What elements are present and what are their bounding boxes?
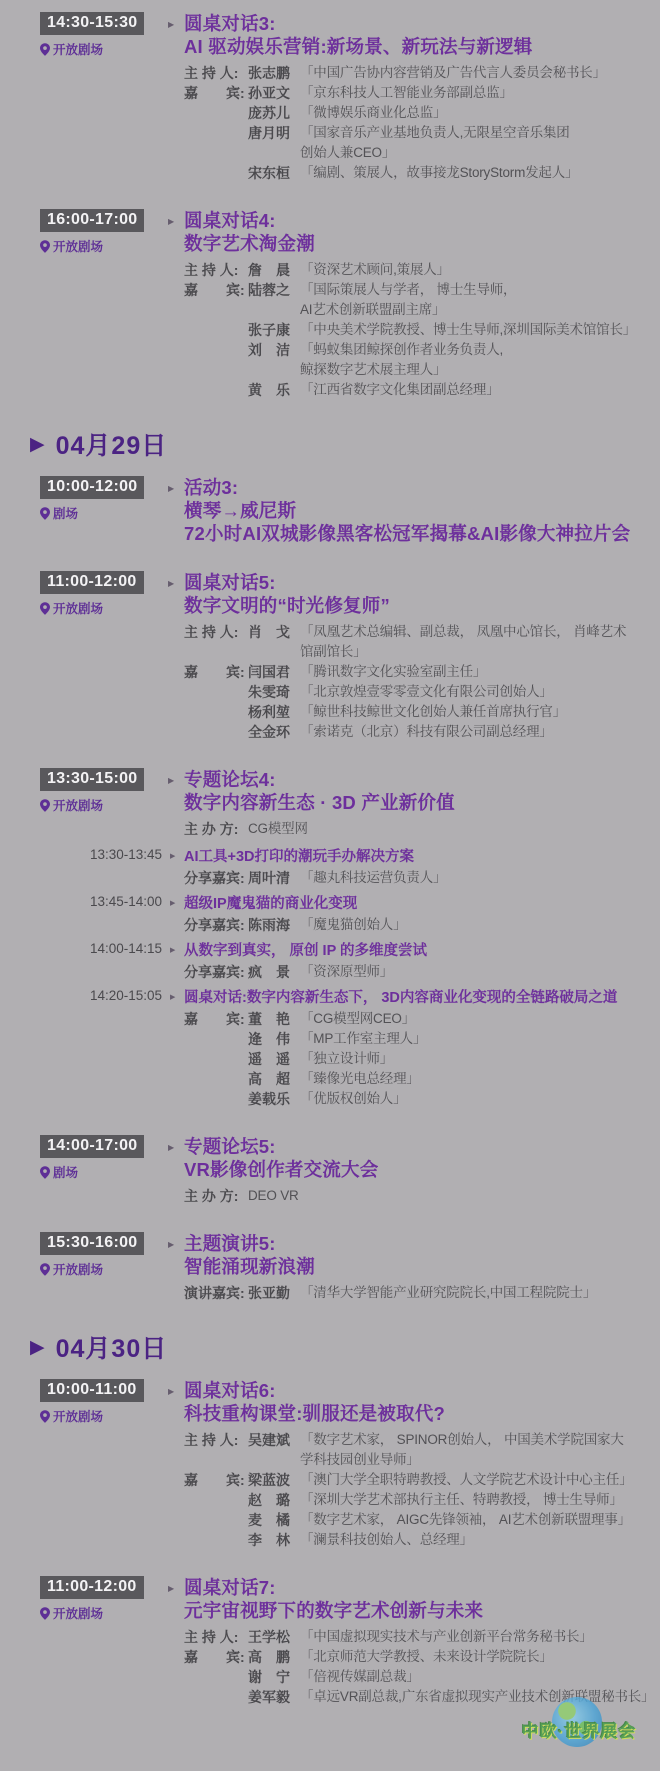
- session-title: 圆桌对话6:科技重构课堂:驯服还是被取代?: [184, 1379, 654, 1425]
- person-name: 张志鹏: [248, 63, 300, 83]
- person-row: 刘 洁「蚂蚁集团鲸探创作者业务负责人, 鲸探数字艺术展主理人」: [184, 340, 654, 380]
- person-name: 周叶清: [248, 868, 300, 888]
- person-name: 黄 乐: [248, 380, 300, 400]
- day-label: 04月29日: [56, 426, 168, 462]
- session-content: 主题演讲5:智能涌现新浪潮演讲嘉宾:张亚勤「清华大学智能产业研究院院长,中国工程…: [184, 1232, 654, 1303]
- person-row: 逄 伟「MP工作室主理人」: [184, 1029, 654, 1049]
- person-title: 「微博娱乐商业化总监」: [300, 103, 654, 123]
- person-row: 全金环「索诺克（北京）科技有限公司副总经理」: [184, 722, 654, 742]
- person-role-label: [184, 1069, 248, 1089]
- day-arrow-icon: ▶: [30, 435, 45, 454]
- person-row: 朱雯琦「北京敦煌壹零零壹文化有限公司创始人」: [184, 682, 654, 702]
- session-venue: 开放剧场: [40, 796, 168, 814]
- person-name: 王学松: [248, 1627, 300, 1647]
- venue-label: 剧场: [53, 504, 78, 522]
- session-venue: 剧场: [40, 504, 168, 522]
- session-title-line: 主题演讲5:: [184, 1232, 654, 1255]
- venue-label: 开放剧场: [53, 1260, 103, 1278]
- person-title: 「CG模型网CEO」: [300, 1009, 654, 1029]
- person-name: 宋东桓: [248, 163, 300, 183]
- person-title: 「鲸世科技鲸世文化创始人兼任首席执行官」: [300, 702, 654, 722]
- person-role-label: 嘉 宾:: [184, 1009, 248, 1029]
- person-name: 唐月明: [248, 123, 300, 163]
- person-name: 高 超: [248, 1069, 300, 1089]
- subsession-title: 圆桌对话:数字内容新生态下， 3D内容商业化变现的全链路破局之道: [184, 988, 654, 1008]
- session-content: 圆桌对话3:AI 驱动娱乐营销:新场景、新玩法与新逻辑主 持 人:张志鹏「中国广…: [184, 12, 654, 183]
- person-title: 「数字艺术家， SPINOR创始人， 中国美术学院国家大 学科技园创业导师」: [300, 1430, 654, 1470]
- person-row: 嘉 宾:董 艳「CG模型网CEO」: [184, 1009, 654, 1029]
- person-title: 「编剧、策展人，故事接龙StoryStorm发起人」: [300, 163, 654, 183]
- person-name: 高 鹏: [248, 1647, 300, 1667]
- subsession-time: 14:20-15:05: [90, 988, 170, 1008]
- person-title: 「魔鬼猫创始人」: [300, 915, 654, 935]
- session-venue: 开放剧场: [40, 1604, 168, 1622]
- person-row: 谢 宁「倍视传媒副总裁」: [184, 1667, 654, 1687]
- session-title-line: 元宇宙视野下的数字艺术创新与未来: [184, 1599, 654, 1622]
- subsession-header: 13:45-14:00▶超级IP魔鬼猫的商业化变现: [184, 894, 654, 914]
- session-arrow-icon: ▶: [168, 476, 184, 545]
- person-row: 嘉 宾:陆蓉之「国际策展人与学者， 博士生导师， AI艺术创新联盟副主席」: [184, 280, 654, 320]
- session-title: 圆桌对话4:数字艺术淘金潮: [184, 209, 654, 255]
- session-time-badge: 14:30-15:30: [40, 12, 144, 35]
- person-role-label: [184, 340, 248, 380]
- venue-label: 开放剧场: [53, 40, 103, 58]
- person-role-label: [184, 320, 248, 340]
- subsession-header: 13:30-13:45▶AI工具+3D打印的潮玩手办解决方案: [184, 847, 654, 867]
- person-role-label: 分享嘉宾:: [184, 962, 248, 982]
- person-name: 杨利堃: [248, 702, 300, 722]
- session-content: 专题论坛4:数字内容新生态 · 3D 产业新价值主 办 方:CG模型网13:30…: [184, 768, 654, 1109]
- session-title-line: 数字艺术淘金潮: [184, 232, 654, 255]
- person-role-label: [184, 1029, 248, 1049]
- session-title-line: 专题论坛5:: [184, 1135, 654, 1158]
- session-people: 主 持 人:吴建斌「数字艺术家， SPINOR创始人， 中国美术学院国家大 学科…: [184, 1430, 654, 1550]
- session: 10:00-11:00开放剧场▶圆桌对话6:科技重构课堂:驯服还是被取代?主 持…: [40, 1379, 654, 1550]
- person-title: 「国家音乐产业基地负责人,无限星空音乐集团 创始人兼CEO」: [300, 123, 654, 163]
- person-title: 「澜景科技创始人、总经理」: [300, 1530, 654, 1550]
- session-left-column: 11:00-12:00开放剧场: [40, 1576, 168, 1707]
- subsession-title: 超级IP魔鬼猫的商业化变现: [184, 894, 654, 914]
- session: 14:00-17:00剧场▶专题论坛5:VR影像创作者交流大会主 办 方:DEO…: [40, 1135, 654, 1206]
- person-name: 李 林: [248, 1530, 300, 1550]
- person-role-label: [184, 1687, 248, 1707]
- session-people: 演讲嘉宾:张亚勤「清华大学智能产业研究院院长,中国工程院院士」: [184, 1283, 654, 1303]
- session-venue: 开放剧场: [40, 599, 168, 617]
- subsession-people: 嘉 宾:董 艳「CG模型网CEO」逄 伟「MP工作室主理人」遥 遥「独立设计师」…: [184, 1009, 654, 1109]
- session-title: 专题论坛4:数字内容新生态 · 3D 产业新价值: [184, 768, 654, 814]
- subsession-title: 从数字到真实， 原创 IP 的多维度尝试: [184, 941, 654, 961]
- session-left-column: 10:00-12:00剧场: [40, 476, 168, 545]
- session-content: 圆桌对话5:数字文明的“时光修复师”主 持 人:肖 戈「凤凰艺术总编辑、副总裁，…: [184, 571, 654, 742]
- session-people: 主 持 人:肖 戈「凤凰艺术总编辑、副总裁， 凤凰中心馆长， 肖峰艺术 馆副馆长…: [184, 622, 654, 742]
- person-row: 主 持 人:王学松「中国虚拟现实技术与产业创新平台常务秘书长」: [184, 1627, 654, 1647]
- person-row: 分享嘉宾:周叶清「趣丸科技运营负责人」: [184, 868, 654, 888]
- person-name: 吴建斌: [248, 1430, 300, 1470]
- person-row: 李 林「澜景科技创始人、总经理」: [184, 1530, 654, 1550]
- session-time-badge: 13:30-15:00: [40, 768, 144, 791]
- session-title: 专题论坛5:VR影像创作者交流大会: [184, 1135, 654, 1181]
- session-left-column: 13:30-15:00开放剧场: [40, 768, 168, 1109]
- person-title: 「澳门大学全职特聘教授、人文学院艺术设计中心主任」: [300, 1470, 654, 1490]
- person-row: 姜载乐「优版权创始人」: [184, 1089, 654, 1109]
- person-role-label: 嘉 宾:: [184, 83, 248, 103]
- session-arrow-icon: ▶: [168, 571, 184, 742]
- person-role-label: 嘉 宾:: [184, 1470, 248, 1490]
- person-role-label: 主 办 方:: [184, 819, 248, 839]
- person-title: 「资深艺术顾问,策展人」: [300, 260, 654, 280]
- person-name: 肖 戈: [248, 622, 300, 662]
- person-name: 姜载乐: [248, 1089, 300, 1109]
- person-role-label: [184, 722, 248, 742]
- venue-label: 开放剧场: [53, 1604, 103, 1622]
- person-name: 庞苏儿: [248, 103, 300, 123]
- person-row: 黄 乐「江西省数字文化集团副总经理」: [184, 380, 654, 400]
- person-title: 「臻像光电总经理」: [300, 1069, 654, 1089]
- session-venue: 开放剧场: [40, 1260, 168, 1278]
- session-content: 圆桌对话7:元宇宙视野下的数字艺术创新与未来主 持 人:王学松「中国虚拟现实技术…: [184, 1576, 654, 1707]
- watermark-text: 中欧·世界展会: [504, 1717, 654, 1742]
- subsession-arrow-icon: ▶: [170, 988, 184, 1008]
- subsession-time: 14:00-14:15: [90, 941, 170, 961]
- subsession-title: AI工具+3D打印的潮玩手办解决方案: [184, 847, 654, 867]
- person-role-label: [184, 380, 248, 400]
- person-row: 遥 遥「独立设计师」: [184, 1049, 654, 1069]
- session-title-line: VR影像创作者交流大会: [184, 1158, 654, 1181]
- person-name: 姜军毅: [248, 1687, 300, 1707]
- person-row: 张子康「中央美术学院教授、博士生导师,深圳国际美术馆馆长」: [184, 320, 654, 340]
- person-role-label: 演讲嘉宾:: [184, 1283, 248, 1303]
- person-title: 「京东科技人工智能业务部副总监」: [300, 83, 654, 103]
- person-name: 谢 宁: [248, 1667, 300, 1687]
- session-content: 圆桌对话4:数字艺术淘金潮主 持 人:詹 晨「资深艺术顾问,策展人」嘉 宾:陆蓉…: [184, 209, 654, 400]
- session-title-line: 智能涌现新浪潮: [184, 1255, 654, 1278]
- person-row: 主 持 人:詹 晨「资深艺术顾问,策展人」: [184, 260, 654, 280]
- person-row: 主 持 人:张志鹏「中国广告协内容营销及广告代言人委员会秘书长」: [184, 63, 654, 83]
- session-title-line: 科技重构课堂:驯服还是被取代?: [184, 1402, 654, 1425]
- venue-label: 开放剧场: [53, 237, 103, 255]
- person-title: 「凤凰艺术总编辑、副总裁， 凤凰中心馆长， 肖峰艺术 馆副馆长」: [300, 622, 654, 662]
- map-pin-icon: [40, 1607, 50, 1620]
- person-name: 陆蓉之: [248, 280, 300, 320]
- session-arrow-icon: ▶: [168, 12, 184, 183]
- person-name: 闫国君: [248, 662, 300, 682]
- session-left-column: 14:00-17:00剧场: [40, 1135, 168, 1206]
- person-name: 孙亚文: [248, 83, 300, 103]
- person-name: 陈雨海: [248, 915, 300, 935]
- person-row: 主 持 人:吴建斌「数字艺术家， SPINOR创始人， 中国美术学院国家大 学科…: [184, 1430, 654, 1470]
- subsession-header: 14:20-15:05▶圆桌对话:数字内容新生态下， 3D内容商业化变现的全链路…: [184, 988, 654, 1008]
- subsession-time: 13:30-13:45: [90, 847, 170, 867]
- subsession-people: 分享嘉宾:陈雨海「魔鬼猫创始人」: [184, 915, 654, 935]
- person-title: 「深圳大学艺术部执行主任、特聘教授， 博士生导师」: [300, 1490, 654, 1510]
- session-title-line: 专题论坛4:: [184, 768, 654, 791]
- map-pin-icon: [40, 240, 50, 253]
- schedule: 14:30-15:30开放剧场▶圆桌对话3:AI 驱动娱乐营销:新场景、新玩法与…: [0, 0, 660, 1707]
- person-row: 麦 橘「数字艺术家， AIGC先锋领袖， AI艺术创新联盟理事」: [184, 1510, 654, 1530]
- session-title-line: AI 驱动娱乐营销:新场景、新玩法与新逻辑: [184, 35, 654, 58]
- person-role-label: [184, 163, 248, 183]
- session-venue: 开放剧场: [40, 237, 168, 255]
- person-role-label: 分享嘉宾:: [184, 915, 248, 935]
- person-row: 嘉 宾:高 鹏「北京师范大学教授、未来设计学院院长」: [184, 1647, 654, 1667]
- person-role-label: 主 持 人:: [184, 622, 248, 662]
- person-role-label: [184, 1049, 248, 1069]
- person-name: 张子康: [248, 320, 300, 340]
- person-role-label: 嘉 宾:: [184, 280, 248, 320]
- day-header: ▶04月29日: [30, 426, 654, 462]
- person-name: 刘 洁: [248, 340, 300, 380]
- day-arrow-icon: ▶: [30, 1338, 45, 1357]
- person-name: 全金环: [248, 722, 300, 742]
- session-title-line: 横琴→威尼斯: [184, 499, 654, 522]
- session-arrow-icon: ▶: [168, 1379, 184, 1550]
- session-left-column: 10:00-11:00开放剧场: [40, 1379, 168, 1550]
- session-title-line: 72小时AI双城影像黑客松冠军揭幕&AI影像大神拉片会: [184, 522, 654, 545]
- session-title: 活动3:横琴→威尼斯72小时AI双城影像黑客松冠军揭幕&AI影像大神拉片会: [184, 476, 654, 545]
- person-title: 「清华大学智能产业研究院院长,中国工程院院士」: [300, 1283, 654, 1303]
- session-title-line: 圆桌对话7:: [184, 1576, 654, 1599]
- person-row: 分享嘉宾:疯 景「资深原型师」: [184, 962, 654, 982]
- person-title: 「中央美术学院教授、博士生导师,深圳国际美术馆馆长」: [300, 320, 654, 340]
- session-time-badge: 15:30-16:00: [40, 1232, 144, 1255]
- map-pin-icon: [40, 507, 50, 520]
- session-arrow-icon: ▶: [168, 1576, 184, 1707]
- person-row: 嘉 宾:梁蓝波「澳门大学全职特聘教授、人文学院艺术设计中心主任」: [184, 1470, 654, 1490]
- subsession: 13:45-14:00▶超级IP魔鬼猫的商业化变现分享嘉宾:陈雨海「魔鬼猫创始人…: [184, 894, 654, 935]
- person-title: 「资深原型师」: [300, 962, 654, 982]
- session-time-badge: 11:00-12:00: [40, 1576, 144, 1599]
- person-row: 主 办 方:CG模型网: [184, 819, 654, 839]
- session-arrow-icon: ▶: [168, 209, 184, 400]
- session-venue: 开放剧场: [40, 1407, 168, 1425]
- person-title: 「腾讯数字文化实验室副主任」: [300, 662, 654, 682]
- session-arrow-icon: ▶: [168, 1232, 184, 1303]
- session-people: 主 持 人:詹 晨「资深艺术顾问,策展人」嘉 宾:陆蓉之「国际策展人与学者， 博…: [184, 260, 654, 400]
- person-title: 「蚂蚁集团鲸探创作者业务负责人, 鲸探数字艺术展主理人」: [300, 340, 654, 380]
- session-people: 主 办 方:DEO VR: [184, 1186, 654, 1206]
- person-row: 嘉 宾:孙亚文「京东科技人工智能业务部副总监」: [184, 83, 654, 103]
- map-pin-icon: [40, 1410, 50, 1423]
- session-time-badge: 10:00-11:00: [40, 1379, 144, 1402]
- person-role-label: [184, 682, 248, 702]
- map-pin-icon: [40, 1263, 50, 1276]
- person-title: 「独立设计师」: [300, 1049, 654, 1069]
- person-role-label: [184, 1089, 248, 1109]
- session-people: 主 持 人:张志鹏「中国广告协内容营销及广告代言人委员会秘书长」嘉 宾:孙亚文「…: [184, 63, 654, 183]
- venue-label: 开放剧场: [53, 599, 103, 617]
- person-role-label: [184, 1490, 248, 1510]
- session-people: 主 持 人:王学松「中国虚拟现实技术与产业创新平台常务秘书长」嘉 宾:高 鹏「北…: [184, 1627, 654, 1707]
- person-title: 「趣丸科技运营负责人」: [300, 868, 654, 888]
- session-content: 活动3:横琴→威尼斯72小时AI双城影像黑客松冠军揭幕&AI影像大神拉片会: [184, 476, 654, 545]
- session-title-line: 圆桌对话5:: [184, 571, 654, 594]
- person-name: 麦 橘: [248, 1510, 300, 1530]
- session-time-badge: 11:00-12:00: [40, 571, 144, 594]
- person-role-label: 主 办 方:: [184, 1186, 248, 1206]
- person-row: 庞苏儿「微博娱乐商业化总监」: [184, 103, 654, 123]
- day-label: 04月30日: [56, 1329, 168, 1365]
- person-role-label: 主 持 人:: [184, 1430, 248, 1470]
- person-row: 宋东桓「编剧、策展人，故事接龙StoryStorm发起人」: [184, 163, 654, 183]
- subsession-people: 分享嘉宾:疯 景「资深原型师」: [184, 962, 654, 982]
- person-role-label: [184, 1510, 248, 1530]
- person-name: 遥 遥: [248, 1049, 300, 1069]
- person-name: 张亚勤: [248, 1283, 300, 1303]
- person-name: 赵 璐: [248, 1490, 300, 1510]
- person-role-label: 主 持 人:: [184, 63, 248, 83]
- person-name: 詹 晨: [248, 260, 300, 280]
- session-title-line: 数字内容新生态 · 3D 产业新价值: [184, 791, 654, 814]
- session: 16:00-17:00开放剧场▶圆桌对话4:数字艺术淘金潮主 持 人:詹 晨「资…: [40, 209, 654, 400]
- subsession-people: 分享嘉宾:周叶清「趣丸科技运营负责人」: [184, 868, 654, 888]
- person-title: 「中国广告协内容营销及广告代言人委员会秘书长」: [300, 63, 654, 83]
- map-pin-icon: [40, 1166, 50, 1179]
- person-role-label: 嘉 宾:: [184, 1647, 248, 1667]
- session-content: 专题论坛5:VR影像创作者交流大会主 办 方:DEO VR: [184, 1135, 654, 1206]
- person-row: 主 办 方:DEO VR: [184, 1186, 654, 1206]
- person-role-label: [184, 1667, 248, 1687]
- person-role-label: 主 持 人:: [184, 260, 248, 280]
- person-row: 唐月明「国家音乐产业基地负责人,无限星空音乐集团 创始人兼CEO」: [184, 123, 654, 163]
- person-title: 「北京师范大学教授、未来设计学院院长」: [300, 1647, 654, 1667]
- subsession-arrow-icon: ▶: [170, 894, 184, 914]
- person-title: 「北京敦煌壹零零壹文化有限公司创始人」: [300, 682, 654, 702]
- venue-label: 开放剧场: [53, 796, 103, 814]
- session-title-line: 数字文明的“时光修复师”: [184, 594, 654, 617]
- subsession-arrow-icon: ▶: [170, 941, 184, 961]
- watermark: 中欧·世界展会: [504, 1697, 654, 1759]
- person-name: 逄 伟: [248, 1029, 300, 1049]
- session-arrow-icon: ▶: [168, 1135, 184, 1206]
- person-title: 「数字艺术家， AIGC先锋领袖， AI艺术创新联盟理事」: [300, 1510, 654, 1530]
- session-people: 主 办 方:CG模型网: [184, 819, 654, 839]
- session-title-line: 圆桌对话4:: [184, 209, 654, 232]
- subsession-list: 13:30-13:45▶AI工具+3D打印的潮玩手办解决方案分享嘉宾:周叶清「趣…: [184, 847, 654, 1109]
- session-left-column: 16:00-17:00开放剧场: [40, 209, 168, 400]
- session-content: 圆桌对话6:科技重构课堂:驯服还是被取代?主 持 人:吴建斌「数字艺术家， SP…: [184, 1379, 654, 1550]
- session: 13:30-15:00开放剧场▶专题论坛4:数字内容新生态 · 3D 产业新价值…: [40, 768, 654, 1109]
- person-row: 嘉 宾:闫国君「腾讯数字文化实验室副主任」: [184, 662, 654, 682]
- session-venue: 剧场: [40, 1163, 168, 1181]
- venue-label: 开放剧场: [53, 1407, 103, 1425]
- session-venue: 开放剧场: [40, 40, 168, 58]
- session-left-column: 15:30-16:00开放剧场: [40, 1232, 168, 1303]
- session-title-line: 圆桌对话6:: [184, 1379, 654, 1402]
- subsession-arrow-icon: ▶: [170, 847, 184, 867]
- session: 11:00-12:00开放剧场▶圆桌对话7:元宇宙视野下的数字艺术创新与未来主 …: [40, 1576, 654, 1707]
- person-name: 董 艳: [248, 1009, 300, 1029]
- person-name: 朱雯琦: [248, 682, 300, 702]
- person-row: 高 超「臻像光电总经理」: [184, 1069, 654, 1089]
- person-name: 疯 景: [248, 962, 300, 982]
- session: 14:30-15:30开放剧场▶圆桌对话3:AI 驱动娱乐营销:新场景、新玩法与…: [40, 12, 654, 183]
- person-title: 「MP工作室主理人」: [300, 1029, 654, 1049]
- session-arrow-icon: ▶: [168, 768, 184, 1109]
- session-time-badge: 14:00-17:00: [40, 1135, 144, 1158]
- person-row: 杨利堃「鲸世科技鲸世文化创始人兼任首席执行官」: [184, 702, 654, 722]
- map-pin-icon: [40, 43, 50, 56]
- session-title: 圆桌对话5:数字文明的“时光修复师”: [184, 571, 654, 617]
- person-title: 「国际策展人与学者， 博士生导师， AI艺术创新联盟副主席」: [300, 280, 654, 320]
- session-title: 主题演讲5:智能涌现新浪潮: [184, 1232, 654, 1278]
- venue-label: 剧场: [53, 1163, 78, 1181]
- person-title: 「优版权创始人」: [300, 1089, 654, 1109]
- person-title: CG模型网: [248, 819, 654, 839]
- session-left-column: 14:30-15:30开放剧场: [40, 12, 168, 183]
- session: 15:30-16:00开放剧场▶主题演讲5:智能涌现新浪潮演讲嘉宾:张亚勤「清华…: [40, 1232, 654, 1303]
- person-role-label: 主 持 人:: [184, 1627, 248, 1647]
- person-row: 分享嘉宾:陈雨海「魔鬼猫创始人」: [184, 915, 654, 935]
- subsession: 13:30-13:45▶AI工具+3D打印的潮玩手办解决方案分享嘉宾:周叶清「趣…: [184, 847, 654, 888]
- session-left-column: 11:00-12:00开放剧场: [40, 571, 168, 742]
- person-row: 主 持 人:肖 戈「凤凰艺术总编辑、副总裁， 凤凰中心馆长， 肖峰艺术 馆副馆长…: [184, 622, 654, 662]
- person-role-label: 分享嘉宾:: [184, 868, 248, 888]
- session: 10:00-12:00剧场▶活动3:横琴→威尼斯72小时AI双城影像黑客松冠军揭…: [40, 476, 654, 545]
- map-pin-icon: [40, 799, 50, 812]
- person-title: 「中国虚拟现实技术与产业创新平台常务秘书长」: [300, 1627, 654, 1647]
- session-time-badge: 10:00-12:00: [40, 476, 144, 499]
- session-title-line: 活动3:: [184, 476, 654, 499]
- person-role-label: [184, 123, 248, 163]
- person-role-label: 嘉 宾:: [184, 662, 248, 682]
- session-title: 圆桌对话3:AI 驱动娱乐营销:新场景、新玩法与新逻辑: [184, 12, 654, 58]
- subsession: 14:00-14:15▶从数字到真实， 原创 IP 的多维度尝试分享嘉宾:疯 景…: [184, 941, 654, 982]
- person-title: 「倍视传媒副总裁」: [300, 1667, 654, 1687]
- person-name: 梁蓝波: [248, 1470, 300, 1490]
- person-title: 「索诺克（北京）科技有限公司副总经理」: [300, 722, 654, 742]
- person-title: 「江西省数字文化集团副总经理」: [300, 380, 654, 400]
- person-role-label: [184, 702, 248, 722]
- session-title-line: 圆桌对话3:: [184, 12, 654, 35]
- session: 11:00-12:00开放剧场▶圆桌对话5:数字文明的“时光修复师”主 持 人:…: [40, 571, 654, 742]
- person-row: 演讲嘉宾:张亚勤「清华大学智能产业研究院院长,中国工程院院士」: [184, 1283, 654, 1303]
- map-pin-icon: [40, 602, 50, 615]
- session-time-badge: 16:00-17:00: [40, 209, 144, 232]
- day-header: ▶04月30日: [30, 1329, 654, 1365]
- person-title: DEO VR: [248, 1186, 654, 1206]
- subsession-time: 13:45-14:00: [90, 894, 170, 914]
- subsession: 14:20-15:05▶圆桌对话:数字内容新生态下， 3D内容商业化变现的全链路…: [184, 988, 654, 1109]
- subsession-header: 14:00-14:15▶从数字到真实， 原创 IP 的多维度尝试: [184, 941, 654, 961]
- session-title: 圆桌对话7:元宇宙视野下的数字艺术创新与未来: [184, 1576, 654, 1622]
- person-role-label: [184, 1530, 248, 1550]
- person-role-label: [184, 103, 248, 123]
- person-row: 赵 璐「深圳大学艺术部执行主任、特聘教授， 博士生导师」: [184, 1490, 654, 1510]
